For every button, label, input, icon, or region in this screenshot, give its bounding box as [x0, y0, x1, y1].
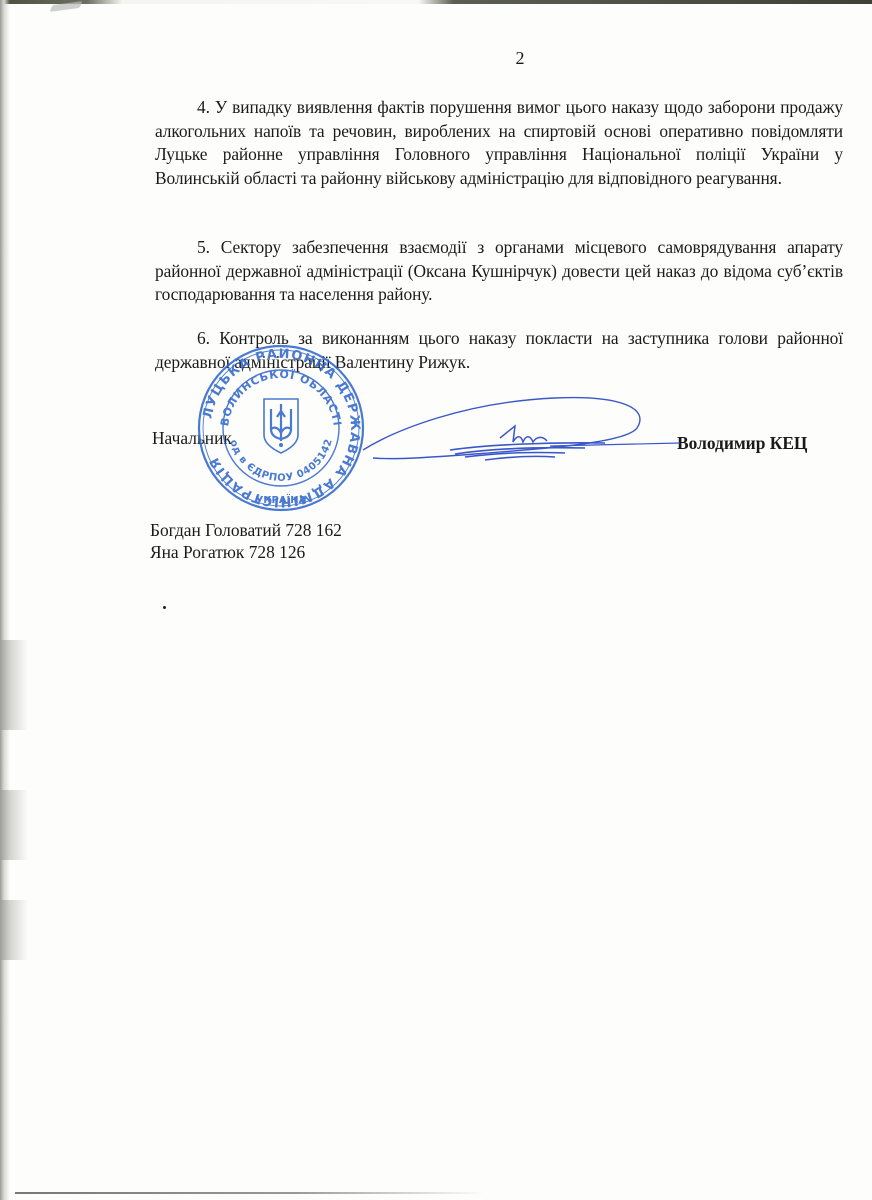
stamp-bottom-text: УКРАЇНА — [256, 492, 307, 506]
executor-line: Богдан Головатий 728 162 — [150, 519, 342, 541]
scan-shadow — [0, 900, 28, 960]
scan-left-edge — [0, 0, 10, 1200]
paragraph-text: 5. Сектору забезпечення взаємодії з орга… — [155, 237, 843, 304]
scan-bottom-edge — [15, 1192, 485, 1194]
scan-top-edge — [0, 0, 872, 4]
scan-shadow — [0, 790, 28, 860]
signatory-name: Володимир КЕЦ — [677, 433, 807, 454]
scan-shadow — [0, 640, 28, 730]
paragraph-4: 4. У випадку виявлення фактів порушення … — [155, 96, 843, 190]
stray-mark — [163, 606, 166, 609]
official-stamp: ЛУЦЬКА РАЙОННА ДЕРЖАВНА АДМІНІСТРАЦІЯ ВО… — [196, 343, 366, 513]
handwritten-signature — [355, 390, 685, 470]
paragraph-5: 5. Сектору забезпечення взаємодії з орга… — [155, 236, 843, 307]
trident-icon — [264, 399, 298, 453]
page-number: 2 — [0, 48, 872, 69]
executor-line: Яна Рогатюк 728 126 — [150, 541, 342, 563]
executors-list: Богдан Головатий 728 162 Яна Рогатюк 728… — [150, 519, 342, 563]
document-page: 2 4. У випадку виявлення фактів порушенн… — [0, 0, 872, 1200]
paragraph-text: 4. У випадку виявлення фактів порушення … — [155, 97, 843, 188]
